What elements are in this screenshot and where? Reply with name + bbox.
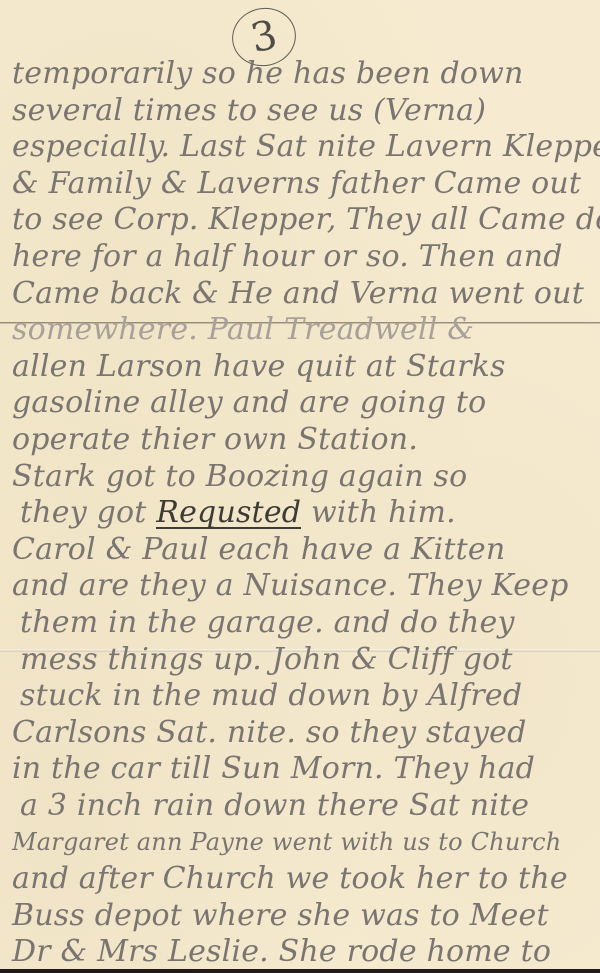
letter-line: Buss depot where she was to Meet [8,898,596,935]
letter-line: in the car till Sun Morn. They had [8,751,596,788]
letter-line: Came back & He and Verna went out [8,276,596,313]
letter-line: and after Church we took her to the [8,861,596,898]
letter-line: temporarily so he has been down [8,56,596,93]
letter-line: mess things up. John & Cliff got [8,642,596,679]
letter-line: them in the garage. and do they [8,605,596,642]
letter-line: Carlsons Sat. nite. so they stayed [8,715,596,752]
letter-line: & Family & Laverns father Came out [8,166,596,203]
letter-line: especially. Last Sat nite Lavern Klepper [8,129,596,166]
letter-line: operate thier own Station. [8,422,596,459]
letter-line: here for a half hour or so. Then and [8,239,596,276]
page-number-label: 3 [247,15,280,59]
letter-line: gasoline alley and are going to [8,385,596,422]
letter-line-faded: somewhere. Paul Treadwell & [8,312,596,349]
letter-line: a 3 inch rain down there Sat nite [8,788,596,825]
letter-line: they got Requsted with him. [8,495,596,532]
letter-body: temporarily so he has been down several … [8,56,596,969]
letter-page: 3 temporarily so he has been down severa… [0,0,600,969]
letter-line: Stark got to Boozing again so [8,459,596,496]
letter-line: Margaret ann Payne went with us to Churc… [8,824,596,861]
letter-line: several times to see us (Verna) [8,93,596,130]
letter-line: Carol & Paul each have a Kitten [8,532,596,569]
letter-line: allen Larson have quit at Starks [8,349,596,386]
underlined-word: Requsted [156,499,301,529]
letter-line: Dr & Mrs Leslie. She rode home to [8,934,596,969]
letter-line: stuck in the mud down by Alfred [8,678,596,715]
letter-line: and are they a Nuisance. They Keep [8,568,596,605]
scan-bottom-edge [0,969,600,973]
letter-line: to see Corp. Klepper, They all Came down [8,202,596,239]
